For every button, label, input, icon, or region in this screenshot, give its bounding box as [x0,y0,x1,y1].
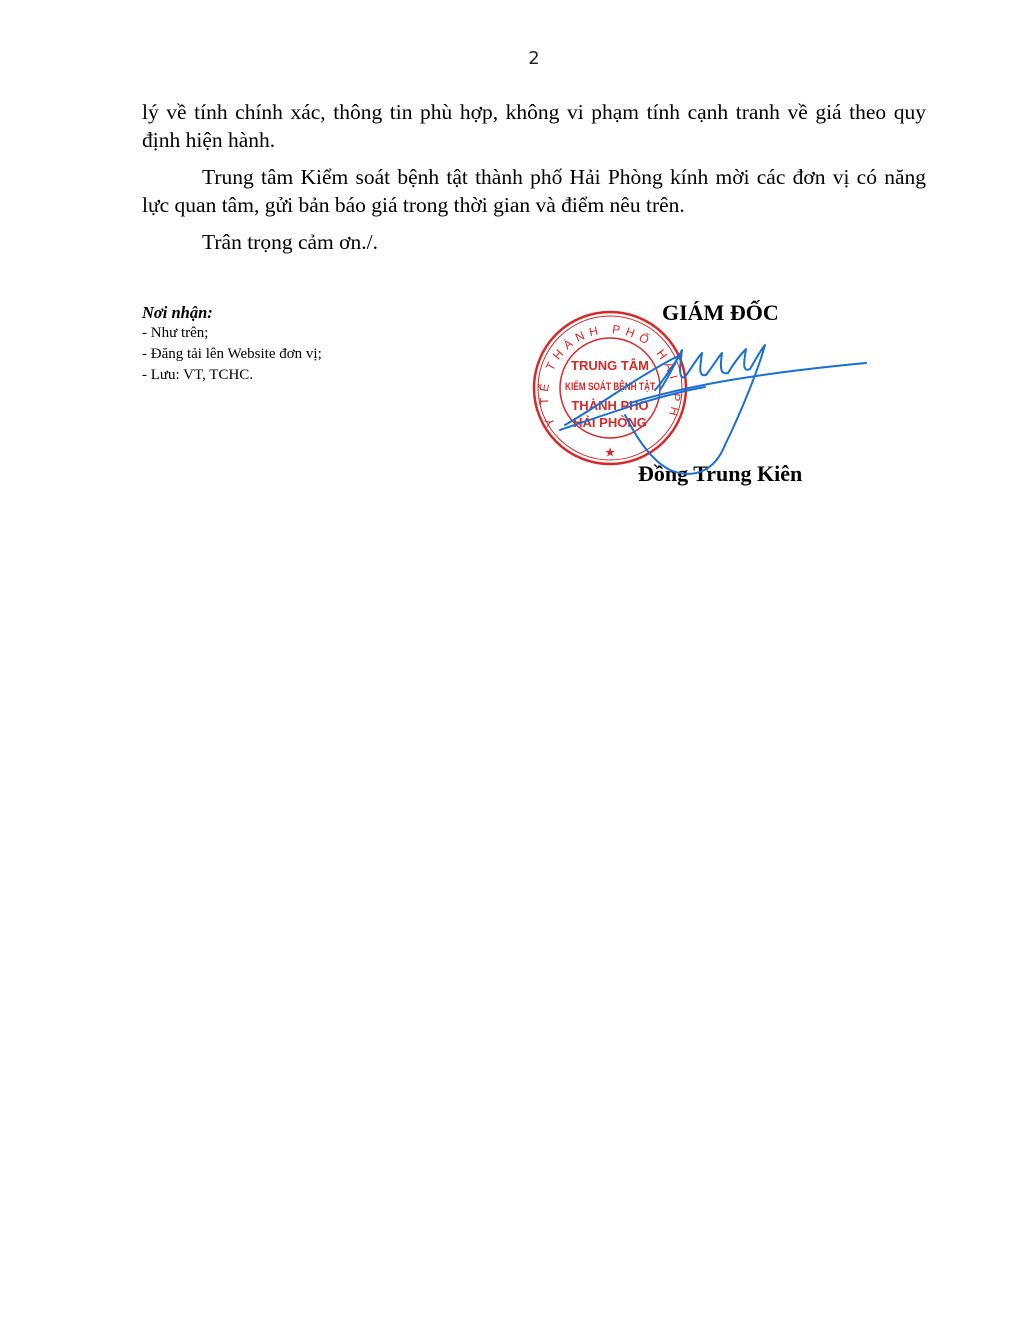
paragraph-invitation: Trung tâm Kiểm soát bệnh tật thành phố H… [142,163,926,219]
paragraph-continuation: lý về tính chính xác, thông tin phù hợp,… [142,98,926,154]
recipients-heading: Nơi nhận: [142,302,322,323]
recipient-item: - Như trên; [142,323,322,344]
official-seal-icon: SỞ Y TẾ THÀNH PHỐ HẢI PHÒNG TRUNG TÂM KI… [532,310,688,466]
seal-center-line: TRUNG TÂM [571,358,649,373]
signature-block: GIÁM ĐỐC SỞ Y TẾ THÀNH PHỐ HẢI PHÒNG TRU… [520,295,900,505]
page-number: 2 [0,48,1020,69]
recipients-block: Nơi nhận: - Như trên; - Đăng tải lên Web… [142,302,322,386]
recipient-item: - Lưu: VT, TCHC. [142,365,322,386]
seal-star-icon: ★ [605,447,615,459]
body-text: lý về tính chính xác, thông tin phù hợp,… [142,98,926,265]
seal-center-line: THÀNH PHỐ [571,398,648,413]
seal-center-line: HẢI PHÒNG [573,415,647,430]
seal-center-line: KIỂM SOÁT BỆNH TẬT [565,380,655,393]
recipient-item: - Đăng tải lên Website đơn vị; [142,344,322,365]
paragraph-closing: Trân trọng cảm ơn./. [142,228,926,256]
